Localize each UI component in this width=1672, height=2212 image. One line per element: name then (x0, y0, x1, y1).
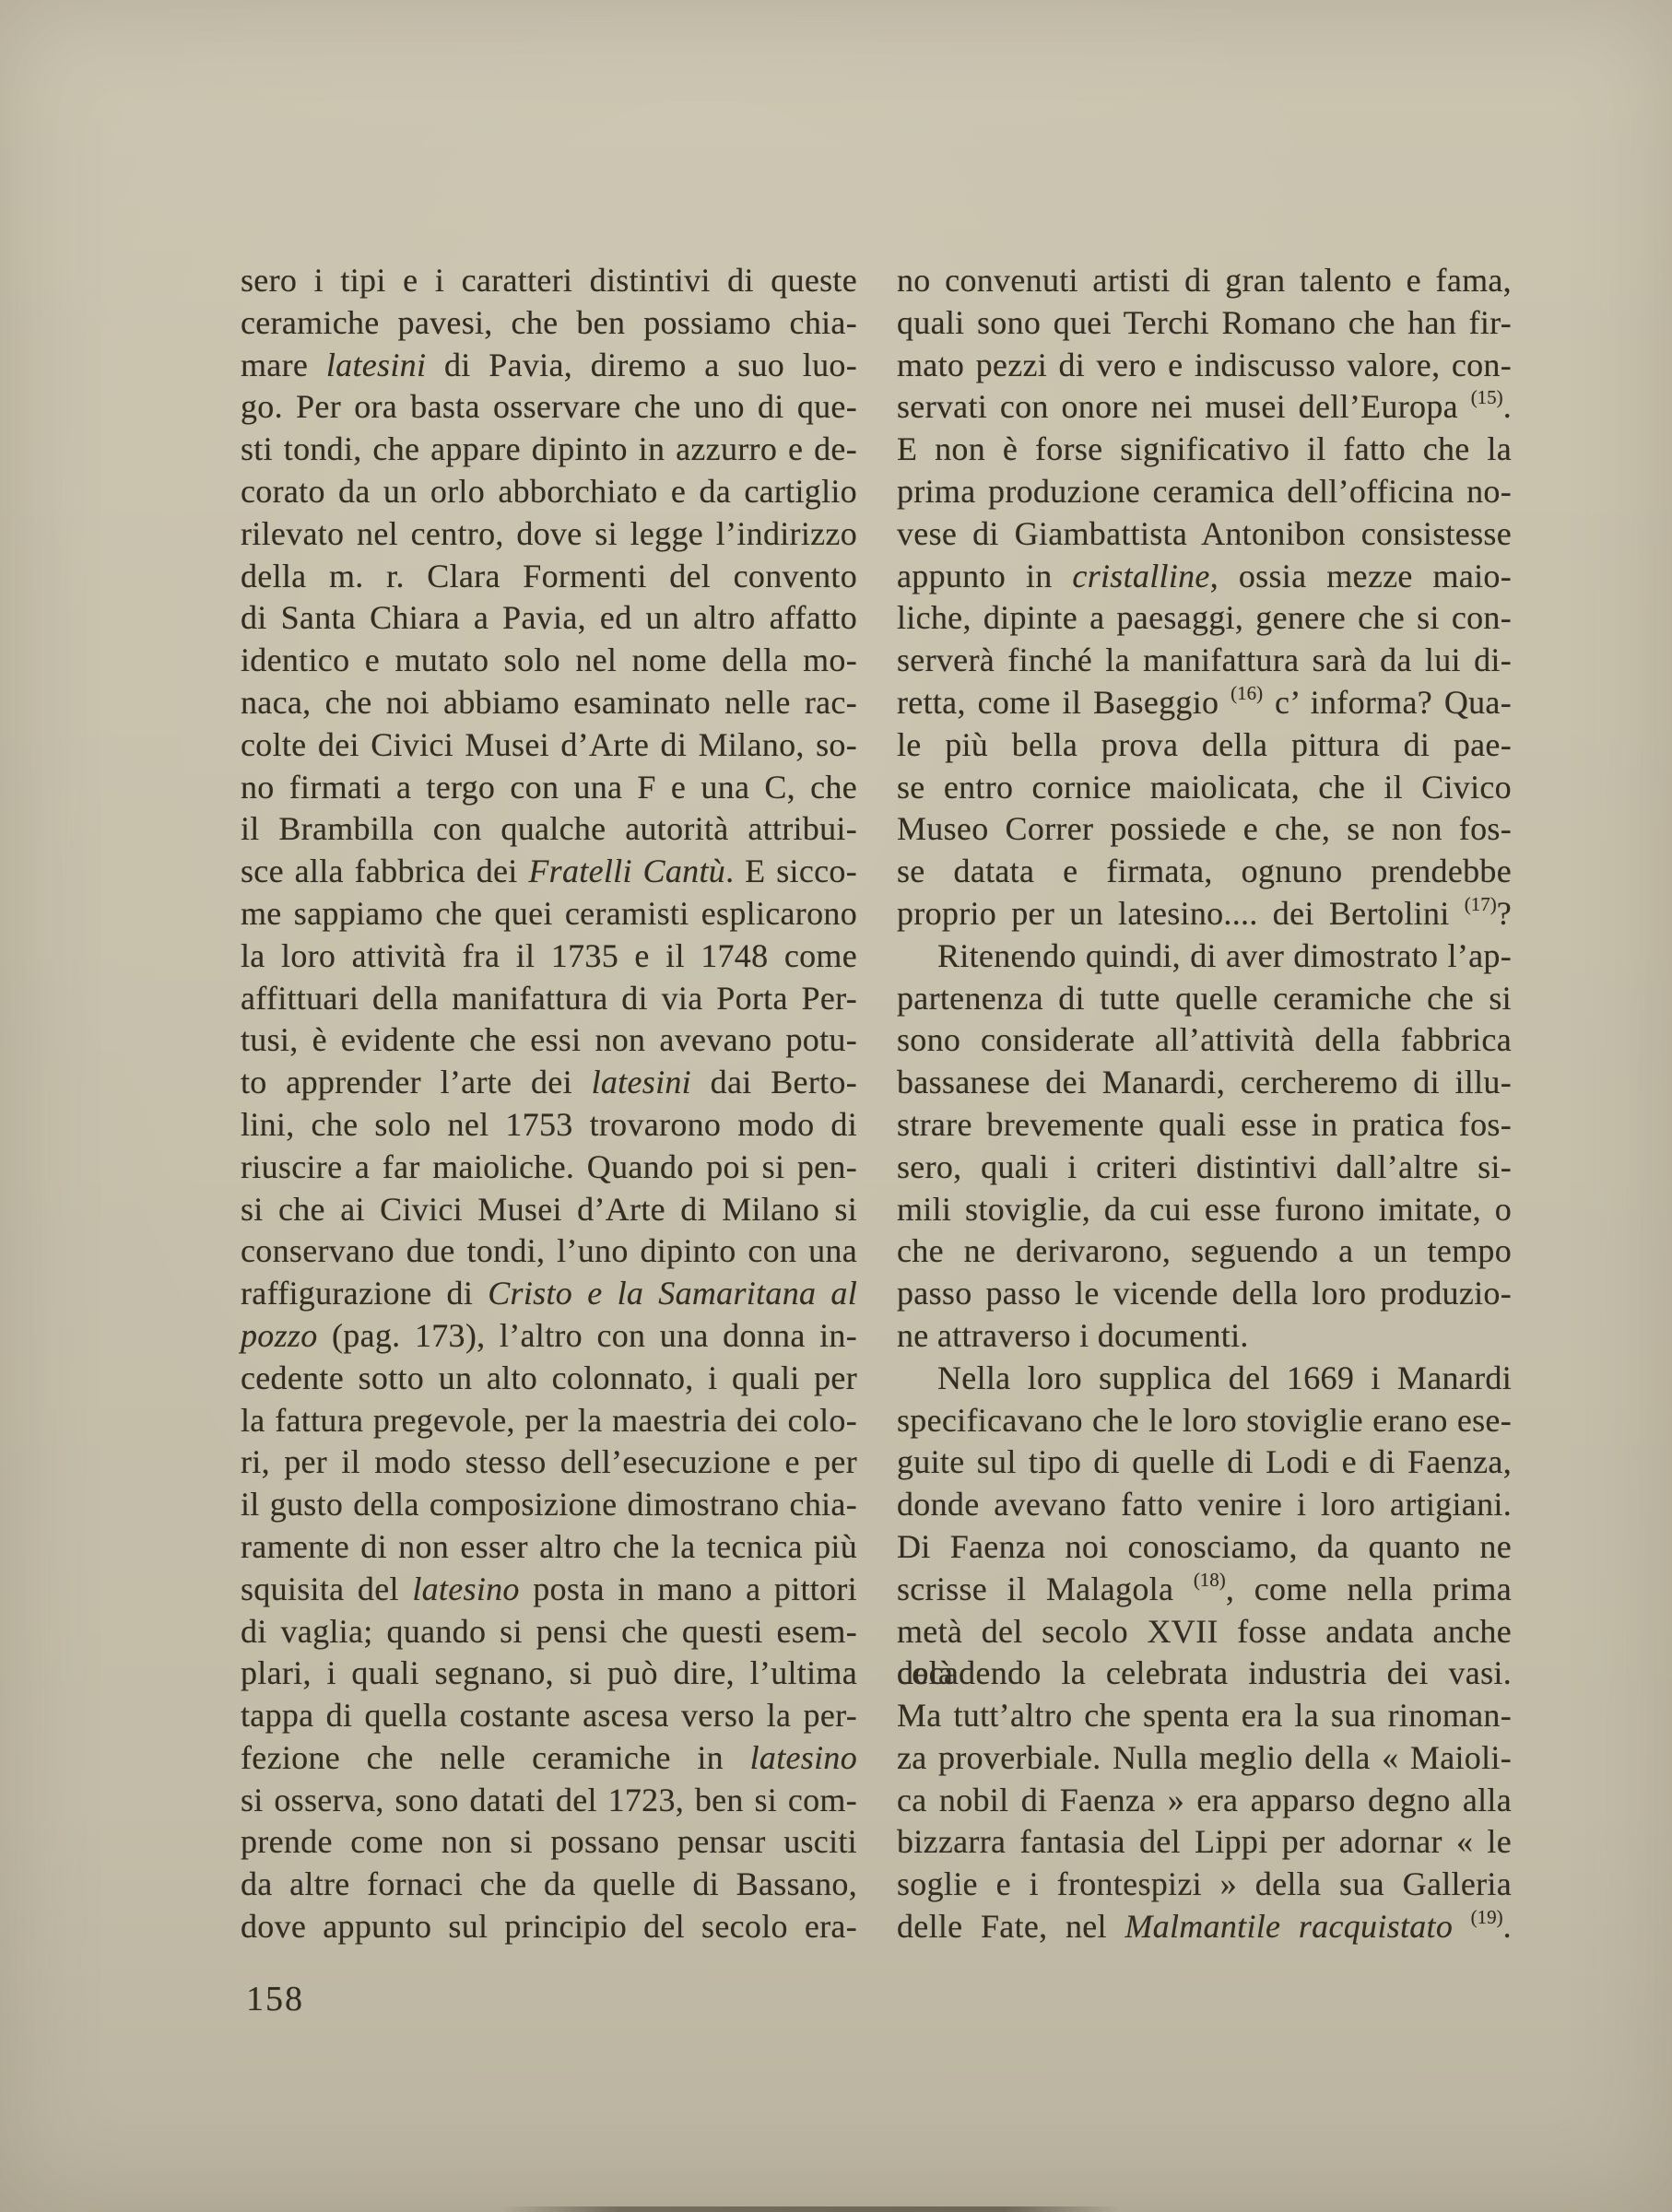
text-line: che ne derivarono, seguendo a un tempo (897, 1230, 1512, 1273)
text-run: raffigurazione di (241, 1275, 488, 1312)
text-run: servati con onore nei musei dell’Europa (897, 388, 1471, 425)
text-run: , ossia mezze maio- (1210, 558, 1512, 594)
text-line: ceramiche pavesi, che ben possiamo chia- (241, 302, 857, 345)
text-line: riuscire a far maioliche. Quando poi si … (241, 1147, 857, 1189)
text-run: della m. r. Clara Formenti del convento (241, 558, 857, 594)
text-run: squisita del (241, 1571, 412, 1607)
text-line: lini, che solo nel 1753 trovarono modo d… (241, 1104, 857, 1147)
text-line: bizzarra fantasia del Lippi per adornar … (897, 1821, 1512, 1864)
text-run: specificavano che le loro stoviglie eran… (897, 1402, 1512, 1439)
italic-text: latesini (592, 1064, 691, 1100)
text-run: Ma tutt’altro che spenta era la sua rino… (897, 1697, 1512, 1734)
text-run: sce alla fabbrica dei (241, 853, 528, 889)
text-line: mato pezzi di vero e indiscusso valore, … (897, 345, 1512, 387)
text-run: mili stoviglie, da cui esse furono imita… (897, 1191, 1512, 1228)
text-line: za proverbiale. Nulla meglio della « Mai… (897, 1737, 1512, 1780)
text-run: affittuari della manifattura di via Port… (241, 980, 857, 1017)
footnote-ref: (18) (1194, 1569, 1226, 1591)
text-line: conservano due tondi, l’uno dipinto con … (241, 1230, 857, 1273)
text-run: partenenza di tutte quelle ceramiche che… (897, 980, 1512, 1017)
text-run: se entro cornice maiolicata, che il Civi… (897, 769, 1512, 806)
text-line: me sappiamo che quei ceramisti esplicaro… (241, 893, 857, 935)
footnote-ref: (17) (1465, 893, 1497, 915)
text-line: go. Per ora basta osservare che uno di q… (241, 386, 857, 429)
text-line: Nella loro supplica del 1669 i Manardi (897, 1358, 1512, 1400)
text-run: rilevato nel centro, dove si legge l’ind… (241, 515, 857, 552)
text-line: pozzo (pag. 173), l’altro con una donna … (241, 1315, 857, 1358)
text-run: ? (1497, 895, 1512, 932)
text-run: conservano due tondi, l’uno dipinto con … (241, 1232, 857, 1269)
text-run: go. Per ora basta osservare che uno di q… (241, 388, 857, 425)
footnote-ref: (19) (1471, 1906, 1503, 1928)
text-run: lini, che solo nel 1753 trovarono modo d… (241, 1106, 857, 1143)
text-run: (pag. 173), l’altro con una donna in- (318, 1317, 857, 1354)
text-line: ne attraverso i documenti. (897, 1315, 1512, 1358)
text-line: se entro cornice maiolicata, che il Civi… (897, 767, 1512, 809)
text-run: me sappiamo che quei ceramisti esplicaro… (241, 895, 857, 932)
text-run: fezione che nelle ceramiche in (241, 1739, 750, 1776)
text-line: da altre fornaci che da quelle di Bassan… (241, 1864, 857, 1906)
page-number: 158 (246, 1979, 304, 2019)
italic-text: latesino (412, 1571, 519, 1607)
text-line: proprio per un latesino.... dei Bertolin… (897, 893, 1512, 935)
text-run: la loro attività fra il 1735 e il 1748 c… (241, 937, 857, 974)
scanned-book-page: sero i tipi e i caratteri distintivi di … (0, 0, 1672, 2212)
text-line: passo passo le vicende della loro produz… (897, 1273, 1512, 1315)
italic-text: Cristo e la Samaritana al (488, 1275, 857, 1312)
text-line: dove appunto sul principio del secolo er… (241, 1906, 857, 1948)
text-line: soglie e i frontespizi » della sua Galle… (897, 1864, 1512, 1906)
text-line: Museo Correr possiede e che, se non fos- (897, 808, 1512, 851)
text-line: squisita del latesino posta in mano a pi… (241, 1569, 857, 1611)
text-run: . E sicco- (725, 853, 857, 889)
text-line: se datata e firmata, ognuno prendebbe (897, 851, 1512, 893)
text-run: si osserva, sono datati del 1723, ben si… (241, 1782, 857, 1818)
text-run: Museo Correr possiede e che, se non fos- (897, 810, 1512, 847)
italic-text: latesini (326, 347, 426, 383)
text-line: cedente sotto un alto colonnato, i quali… (241, 1358, 857, 1400)
text-line: ri, per il modo stesso dell’esecuzione e… (241, 1441, 857, 1484)
text-line: retta, come il Baseggio (16) c’ informa?… (897, 682, 1512, 724)
text-run: dove appunto sul principio del secolo er… (241, 1908, 857, 1945)
text-line: metà del secolo XVII fosse andata anche … (897, 1611, 1512, 1653)
left-text-column: sero i tipi e i caratteri distintivi di … (241, 260, 857, 1948)
text-line: sero, quali i criteri distintivi dall’al… (897, 1147, 1512, 1189)
text-line: delle Fate, nel Malmantile racquistato (… (897, 1906, 1512, 1948)
text-run: da altre fornaci che da quelle di Bassan… (241, 1865, 857, 1902)
text-run: soglie e i frontespizi » della sua Galle… (897, 1865, 1512, 1902)
text-line: sce alla fabbrica dei Fratelli Cantù. E … (241, 851, 857, 893)
text-line: liche, dipinte a paesaggi, genere che si… (897, 597, 1512, 640)
text-line: tappa di quella costante ascesa verso la… (241, 1695, 857, 1737)
text-line: servati con onore nei musei dell’Europa … (897, 386, 1512, 429)
text-line: identico e mutato solo nel nome della mo… (241, 640, 857, 682)
italic-text: Fratelli Cantù (528, 853, 725, 889)
text-line: corato da un orlo abborchiato e da carti… (241, 471, 857, 513)
text-line: ramente di non esser altro che la tecnic… (241, 1526, 857, 1569)
text-run: si che ai Civici Musei d’Arte di Milano … (241, 1191, 857, 1228)
right-text-column: no convenuti artisti di gran talento e f… (897, 260, 1512, 1948)
text-run: mare (241, 347, 326, 383)
text-run: se datata e firmata, ognuno prendebbe (897, 853, 1512, 889)
text-run: ne attraverso i documenti. (897, 1317, 1249, 1354)
text-run: prima produzione ceramica dell’officina … (897, 473, 1512, 510)
text-line: appunto in cristalline, ossia mezze maio… (897, 556, 1512, 598)
text-run: retta, come il Baseggio (897, 684, 1230, 721)
text-run: prende come non si possano pensar usciti (241, 1823, 857, 1860)
text-run: quali sono quei Terchi Romano che han fi… (897, 304, 1512, 341)
text-run: colte dei Civici Musei d’Arte di Milano,… (241, 726, 857, 763)
text-run: di Santa Chiara a Pavia, ed un altro aff… (241, 599, 857, 636)
text-run: sti tondi, che appare dipinto in azzurro… (241, 430, 857, 467)
text-run: donde avevano fatto venire i loro artigi… (897, 1486, 1512, 1523)
text-line: Ma tutt’altro che spenta era la sua rino… (897, 1695, 1512, 1737)
text-line: partenenza di tutte quelle ceramiche che… (897, 978, 1512, 1020)
text-line: vese di Giambattista Antonibon consistes… (897, 513, 1512, 556)
text-run: Di Faenza noi conosciamo, da quanto ne (897, 1528, 1512, 1565)
scan-edge-artifact (0, 2206, 1672, 2212)
text-run: ca nobil di Faenza » era apparso degno a… (897, 1782, 1512, 1818)
text-line: la fattura pregevole, per la maestria de… (241, 1400, 857, 1442)
text-line: no convenuti artisti di gran talento e f… (897, 260, 1512, 302)
italic-text: pozzo (241, 1317, 318, 1354)
text-run: la fattura pregevole, per la maestria de… (241, 1402, 857, 1439)
text-run: bassanese dei Manardi, cercheremo di ill… (897, 1064, 1512, 1100)
text-line: sti tondi, che appare dipinto in azzurro… (241, 429, 857, 471)
text-run: che ne derivarono, seguendo a un tempo (897, 1232, 1512, 1269)
text-run: no convenuti artisti di gran talento e f… (897, 262, 1512, 299)
text-run: plari, i quali segnano, si può dire, l’u… (241, 1654, 857, 1691)
text-run: no firmati a tergo con una F e una C, ch… (241, 769, 857, 806)
text-line: Ritenendo quindi, di aver dimostrato l’a… (897, 935, 1512, 978)
text-run: ramente di non esser altro che la tecnic… (241, 1528, 857, 1565)
text-run: naca, che noi abbiamo esaminato nelle ra… (241, 684, 857, 721)
text-run: tappa di quella costante ascesa verso la… (241, 1697, 857, 1734)
text-run: riuscire a far maioliche. Quando poi si … (241, 1148, 857, 1185)
text-run: Nella loro supplica del 1669 i Manardi (937, 1359, 1512, 1396)
text-line: serverà finché la manifattura sarà da lu… (897, 640, 1512, 682)
text-run: delle Fate, nel (897, 1908, 1124, 1945)
text-run: Ritenendo quindi, di aver dimostrato l’a… (937, 937, 1512, 974)
text-run: c’ informa? Qua- (1263, 684, 1512, 721)
text-line: prende come non si possano pensar usciti (241, 1821, 857, 1864)
text-line: specificavano che le loro stoviglie eran… (897, 1400, 1512, 1442)
text-line: scrisse il Malagola (18), come nella pri… (897, 1569, 1512, 1611)
text-run: corato da un orlo abborchiato e da carti… (241, 473, 857, 510)
text-line: il Brambilla con qualche autorità attrib… (241, 808, 857, 851)
text-line: mili stoviglie, da cui esse furono imita… (897, 1189, 1512, 1231)
text-run: to apprender l’arte dei (241, 1064, 592, 1100)
text-run: dai Berto- (691, 1064, 857, 1100)
text-line: raffigurazione di Cristo e la Samaritana… (241, 1273, 857, 1315)
text-run: serverà finché la manifattura sarà da lu… (897, 641, 1512, 678)
text-line: della m. r. Clara Formenti del convento (241, 556, 857, 598)
text-line: mare latesini di Pavia, diremo a suo luo… (241, 345, 857, 387)
text-line: donde avevano fatto venire i loro artigi… (897, 1484, 1512, 1526)
text-run: mato pezzi di vero e indiscusso valore, … (897, 347, 1512, 383)
text-run: scrisse il Malagola (897, 1571, 1194, 1607)
text-run: le più bella prova della pittura di pae- (897, 726, 1512, 763)
text-line: Di Faenza noi conosciamo, da quanto ne (897, 1526, 1512, 1569)
text-line: il gusto della composizione dimostrano c… (241, 1484, 857, 1526)
text-run: proprio per un latesino.... dei Bertolin… (897, 895, 1465, 932)
text-line: decadendo la celebrata industria dei vas… (897, 1653, 1512, 1695)
text-run: di vaglia; quando si pensi che questi es… (241, 1613, 857, 1650)
text-line: to apprender l’arte dei latesini dai Ber… (241, 1062, 857, 1104)
text-run: bizzarra fantasia del Lippi per adornar … (897, 1823, 1512, 1860)
text-line: la loro attività fra il 1735 e il 1748 c… (241, 935, 857, 978)
footnote-ref: (16) (1230, 682, 1263, 704)
text-run: ceramiche pavesi, che ben possiamo chia- (241, 304, 857, 341)
text-run: sero i tipi e i caratteri distintivi di … (241, 262, 857, 299)
text-run: . (1503, 1908, 1512, 1945)
text-run: identico e mutato solo nel nome della mo… (241, 641, 857, 678)
text-run: decadendo la celebrata industria dei vas… (897, 1654, 1512, 1691)
text-line: sono considerate all’attività della fabb… (897, 1019, 1512, 1062)
text-line: quali sono quei Terchi Romano che han fi… (897, 302, 1512, 345)
text-line: strare brevemente quali esse in pratica … (897, 1104, 1512, 1147)
footnote-ref: (15) (1471, 386, 1503, 408)
text-run: sero, quali i criteri distintivi dall’al… (897, 1148, 1512, 1185)
text-line: bassanese dei Manardi, cercheremo di ill… (897, 1062, 1512, 1104)
text-run: E non è forse significativo il fatto che… (897, 430, 1512, 467)
text-line: di vaglia; quando si pensi che questi es… (241, 1611, 857, 1653)
text-line: le più bella prova della pittura di pae- (897, 724, 1512, 767)
text-run: sono considerate all’attività della fabb… (897, 1021, 1512, 1058)
text-run: il gusto della composizione dimostrano c… (241, 1486, 857, 1523)
text-run: posta in mano a pittori (520, 1571, 857, 1607)
text-line: no firmati a tergo con una F e una C, ch… (241, 767, 857, 809)
text-line: naca, che noi abbiamo esaminato nelle ra… (241, 682, 857, 724)
text-run: vese di Giambattista Antonibon consistes… (897, 515, 1512, 552)
text-run: passo passo le vicende della loro produz… (897, 1275, 1512, 1312)
text-run: appunto in (897, 558, 1072, 594)
text-line: tusi, è evidente che essi non avevano po… (241, 1019, 857, 1062)
text-run: il Brambilla con qualche autorità attrib… (241, 810, 857, 847)
text-line: E non è forse significativo il fatto che… (897, 429, 1512, 471)
text-line: sero i tipi e i caratteri distintivi di … (241, 260, 857, 302)
text-run: strare brevemente quali esse in pratica … (897, 1106, 1512, 1143)
text-run: tusi, è evidente che essi non avevano po… (241, 1021, 857, 1058)
text-line: prima produzione ceramica dell’officina … (897, 471, 1512, 513)
text-line: guite sul tipo di quelle di Lodi e di Fa… (897, 1441, 1512, 1484)
italic-text: latesino (750, 1739, 857, 1776)
text-run: cedente sotto un alto colonnato, i quali… (241, 1359, 857, 1396)
text-line: plari, i quali segnano, si può dire, l’u… (241, 1653, 857, 1695)
text-line: si che ai Civici Musei d’Arte di Milano … (241, 1189, 857, 1231)
text-run: . (1503, 388, 1512, 425)
text-line: colte dei Civici Musei d’Arte di Milano,… (241, 724, 857, 767)
text-run: di Pavia, diremo a suo luo- (426, 347, 857, 383)
italic-text: cristalline (1072, 558, 1209, 594)
text-line: si osserva, sono datati del 1723, ben si… (241, 1780, 857, 1822)
text-line: rilevato nel centro, dove si legge l’ind… (241, 513, 857, 556)
text-run: guite sul tipo di quelle di Lodi e di Fa… (897, 1443, 1512, 1480)
text-run: , come nella prima (1226, 1571, 1512, 1607)
text-run: liche, dipinte a paesaggi, genere che si… (897, 599, 1512, 636)
italic-text: Malmantile racquistato (1124, 1908, 1470, 1945)
text-run: za proverbiale. Nulla meglio della « Mai… (897, 1739, 1512, 1776)
text-line: ca nobil di Faenza » era apparso degno a… (897, 1780, 1512, 1822)
text-line: affittuari della manifattura di via Port… (241, 978, 857, 1020)
text-line: fezione che nelle ceramiche in latesino (241, 1737, 857, 1780)
text-run: ri, per il modo stesso dell’esecuzione e… (241, 1443, 857, 1480)
text-line: di Santa Chiara a Pavia, ed un altro aff… (241, 597, 857, 640)
